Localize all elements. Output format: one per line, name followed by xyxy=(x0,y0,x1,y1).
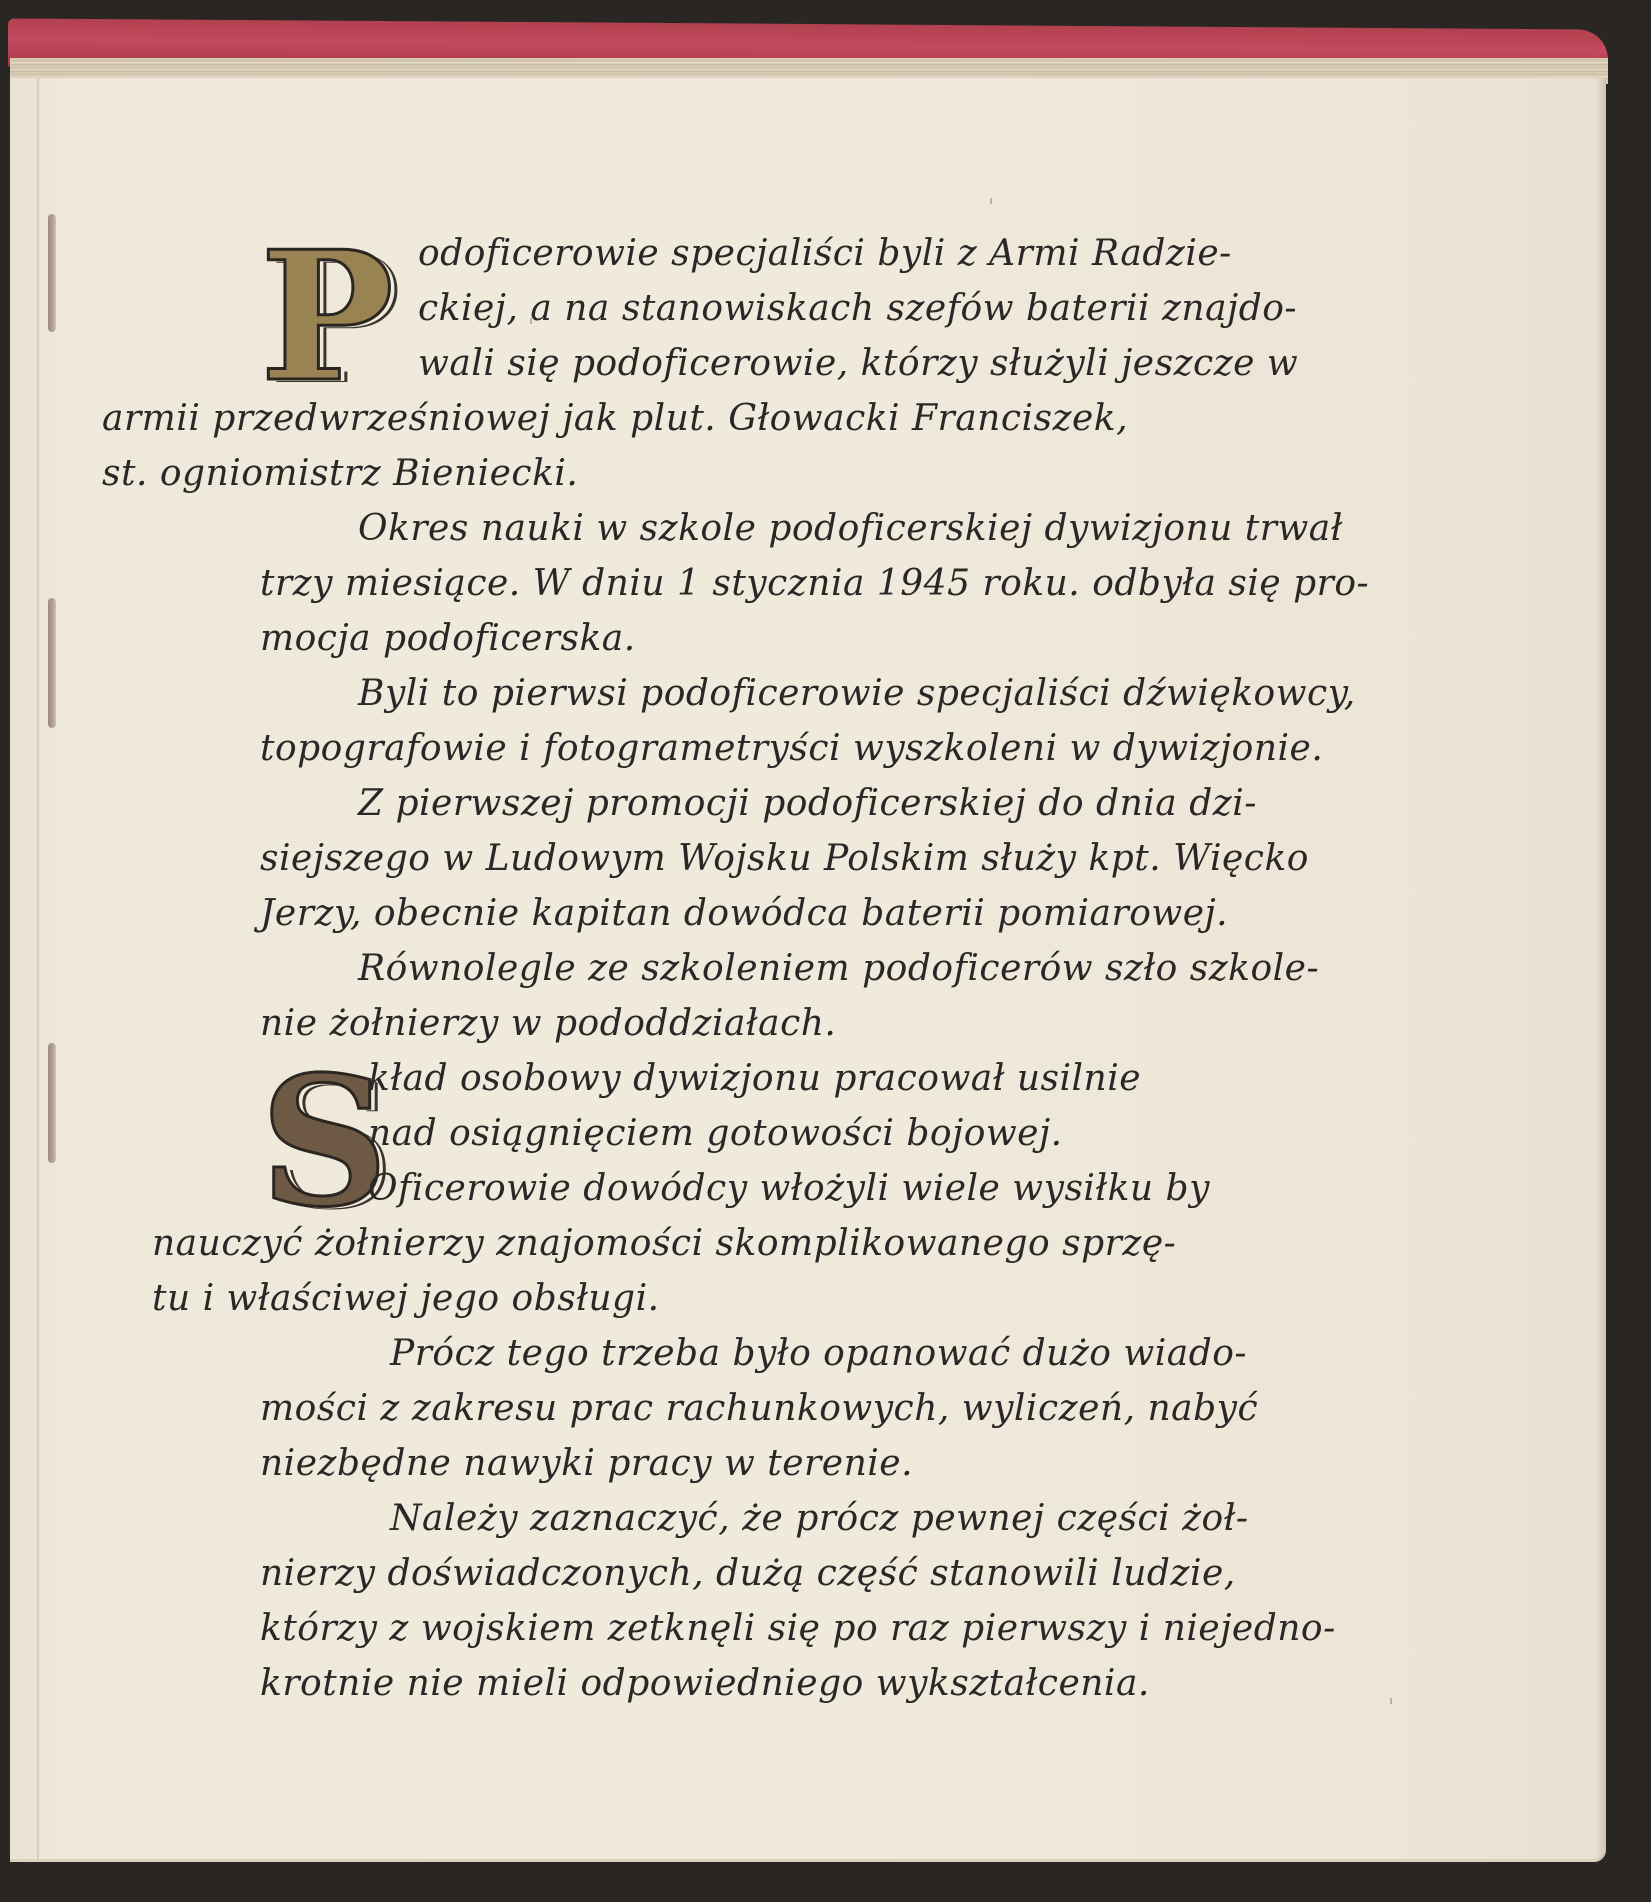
text-line: wali się podoficerowie, którzy służyli j… xyxy=(260,336,1420,391)
text-line: kład osobowy dywizjonu pracował usilnie xyxy=(260,1051,1420,1106)
binding-stitch-bottom xyxy=(48,1043,56,1163)
illuminated-dropcap-s: S xyxy=(260,1053,360,1213)
text-line: topografowie i fotogrametryści wyszkolen… xyxy=(260,721,1420,776)
text-line: odoficerowie specjaliści byli z Armi Rad… xyxy=(260,226,1420,281)
text-line: Prócz tego trzeba było opanować dużo wia… xyxy=(260,1326,1420,1381)
text-line: Należy zaznaczyć, że prócz pewnej części… xyxy=(260,1491,1420,1546)
text-line: armii przedwrześniowej jak plut. Głowack… xyxy=(102,391,1420,446)
text-line: Równolegle ze szkoleniem podoficerów szł… xyxy=(260,941,1420,996)
text-line: Byli to pierwsi podoficerowie specjaliśc… xyxy=(260,666,1420,721)
scanned-book-page: P odoficerowie specjaliści byli z Armi R… xyxy=(0,0,1651,1902)
text-line: ckiej, a na stanowiskach szefów baterii … xyxy=(260,281,1420,336)
text-line: którzy z wojskiem zetknęli się po raz pi… xyxy=(260,1601,1420,1656)
text-line: nie żołnierzy w pododdziałach. xyxy=(260,996,1420,1051)
paragraph-first-specialists: Byli to pierwsi podoficerowie specjaliśc… xyxy=(260,666,1420,776)
paragraph-parallel-training: Równolegle ze szkoleniem podoficerów szł… xyxy=(260,941,1420,1051)
text-line: niezbędne nawyki pracy w terenie. xyxy=(260,1436,1420,1491)
section-1: P odoficerowie specjaliści byli z Armi R… xyxy=(260,226,1420,501)
text-line: Okres nauki w szkole podoficerskiej dywi… xyxy=(260,501,1420,556)
handwritten-text: P odoficerowie specjaliści byli z Armi R… xyxy=(260,226,1420,1711)
binding-stitch-middle xyxy=(48,598,56,728)
text-line: nierzy doświadczonych, dużą część stanow… xyxy=(260,1546,1420,1601)
section-2: S kład osobowy dywizjonu pracował usilni… xyxy=(260,1051,1420,1326)
paragraph-calculations: Prócz tego trzeba było opanować dużo wia… xyxy=(260,1326,1420,1491)
text-line: nad osiągnięciem gotowości bojowej. xyxy=(260,1106,1420,1161)
text-line: Z pierwszej promocji podoficerskiej do d… xyxy=(260,776,1420,831)
text-line: krotnie nie mieli odpowiedniego wykształ… xyxy=(260,1656,1420,1711)
paragraph-first-promotion: Z pierwszej promocji podoficerskiej do d… xyxy=(260,776,1420,941)
text-line: mości z zakresu prac rachunkowych, wylic… xyxy=(260,1381,1420,1436)
text-line: nauczyć żołnierzy znajomości skomplikowa… xyxy=(152,1216,1420,1271)
text-line: tu i właściwej jego obsługi. xyxy=(152,1271,1420,1326)
binding-stitch-top xyxy=(48,214,56,332)
text-line: Jerzy, obecnie kapitan dowódca baterii p… xyxy=(260,886,1420,941)
text-line: siejszego w Ludowym Wojsku Polskim służy… xyxy=(260,831,1420,886)
text-line: st. ogniomistrz Bieniecki. xyxy=(102,446,1420,501)
illuminated-dropcap-p: P xyxy=(260,228,410,388)
binding-fold-line xyxy=(37,78,39,1862)
text-line: mocja podoficerska. xyxy=(260,611,1420,666)
paragraph-soldiers-experience: Należy zaznaczyć, że prócz pewnej części… xyxy=(260,1491,1420,1711)
text-line: trzy miesiące. W dniu 1 stycznia 1945 ro… xyxy=(260,556,1420,611)
paper-speck xyxy=(990,198,992,204)
text-line: Oficerowie dowódcy włożyli wiele wysiłku… xyxy=(260,1161,1420,1216)
paragraph-training-period: Okres nauki w szkole podoficerskiej dywi… xyxy=(260,501,1420,666)
